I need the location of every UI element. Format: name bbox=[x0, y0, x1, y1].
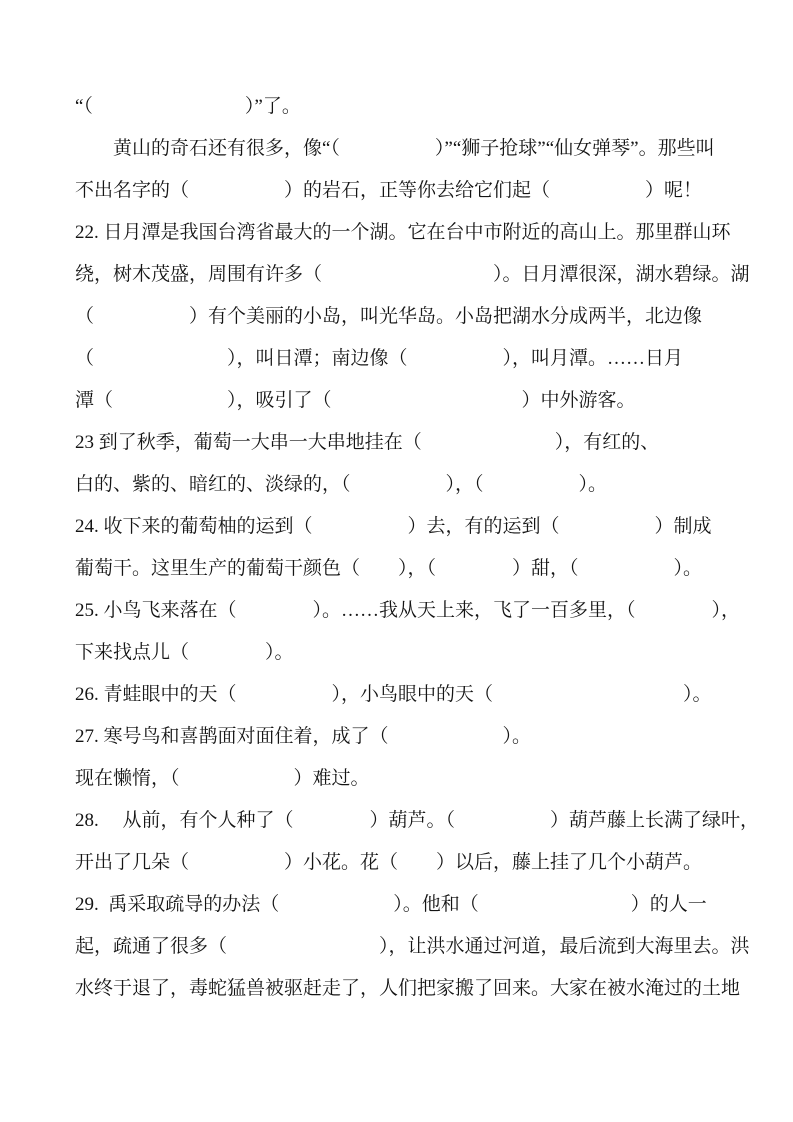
document-line: 28. 从前，有个人种了（ ）葫芦。（ ）葫芦藤上长满了绿叶， bbox=[75, 800, 723, 842]
document-line: 现在懒惰，（ ）难过。 bbox=[75, 758, 723, 800]
document-line: 26. 青蛙眼中的天（ ），小鸟眼中的天（ ）。 bbox=[75, 674, 723, 716]
document-line: 29. 禹采取疏导的办法（ ）。他和（ ）的人一 bbox=[75, 884, 723, 926]
document-line: （ ）有个美丽的小岛，叫光华岛。小岛把湖水分成两半，北边像 bbox=[75, 296, 723, 338]
document-line: 黄山的奇石还有很多，像“（ ）”“狮子抢球”“仙女弹琴”。那些叫 bbox=[75, 128, 723, 170]
document-line: 绕，树木茂盛，周围有许多（ ）。日月潭很深，湖水碧绿。湖 bbox=[75, 254, 723, 296]
document-line: 葡萄干。这里生产的葡萄干颜色（ ），（ ）甜，（ ）。 bbox=[75, 548, 723, 590]
document-line: 25. 小鸟飞来落在（ ）。……我从天上来，飞了一百多里，（ ）， bbox=[75, 590, 723, 632]
document-line: 23 到了秋季，葡萄一大串一大串地挂在（ ），有红的、 bbox=[75, 422, 723, 464]
document-line: （ ），叫日潭；南边像（ ），叫月潭。……日月 bbox=[75, 338, 723, 380]
document-line: 下来找点儿（ ）。 bbox=[75, 632, 723, 674]
document-line: 27. 寒号鸟和喜鹊面对面住着，成了（ ）。 bbox=[75, 716, 723, 758]
document-line: “（ ）”了。 bbox=[75, 86, 723, 128]
document-line: 起，疏通了很多（ ），让洪水通过河道，最后流到大海里去。洪 bbox=[75, 926, 723, 968]
document-line: 24. 收下来的葡萄柚的运到（ ）去，有的运到（ ）制成 bbox=[75, 506, 723, 548]
document-line: 潭（ ），吸引了（ ）中外游客。 bbox=[75, 380, 723, 422]
document-line: 白的、紫的、暗红的、淡绿的，（ ），（ ）。 bbox=[75, 464, 723, 506]
document-line: 不出名字的（ ）的岩石，正等你去给它们起（ ）呢！ bbox=[75, 170, 723, 212]
document-line: 水终于退了，毒蛇猛兽被驱赶走了，人们把家搬了回来。大家在被水淹过的土地 bbox=[75, 968, 723, 1010]
document-line: 22. 日月潭是我国台湾省最大的一个湖。它在台中市附近的高山上。那里群山环 bbox=[75, 212, 723, 254]
document-page: “（ ）”了。 黄山的奇石还有很多，像“（ ）”“狮子抢球”“仙女弹琴”。那些叫… bbox=[0, 0, 793, 1122]
document-line: 开出了几朵（ ）小花。花（ ）以后，藤上挂了几个小葫芦。 bbox=[75, 842, 723, 884]
